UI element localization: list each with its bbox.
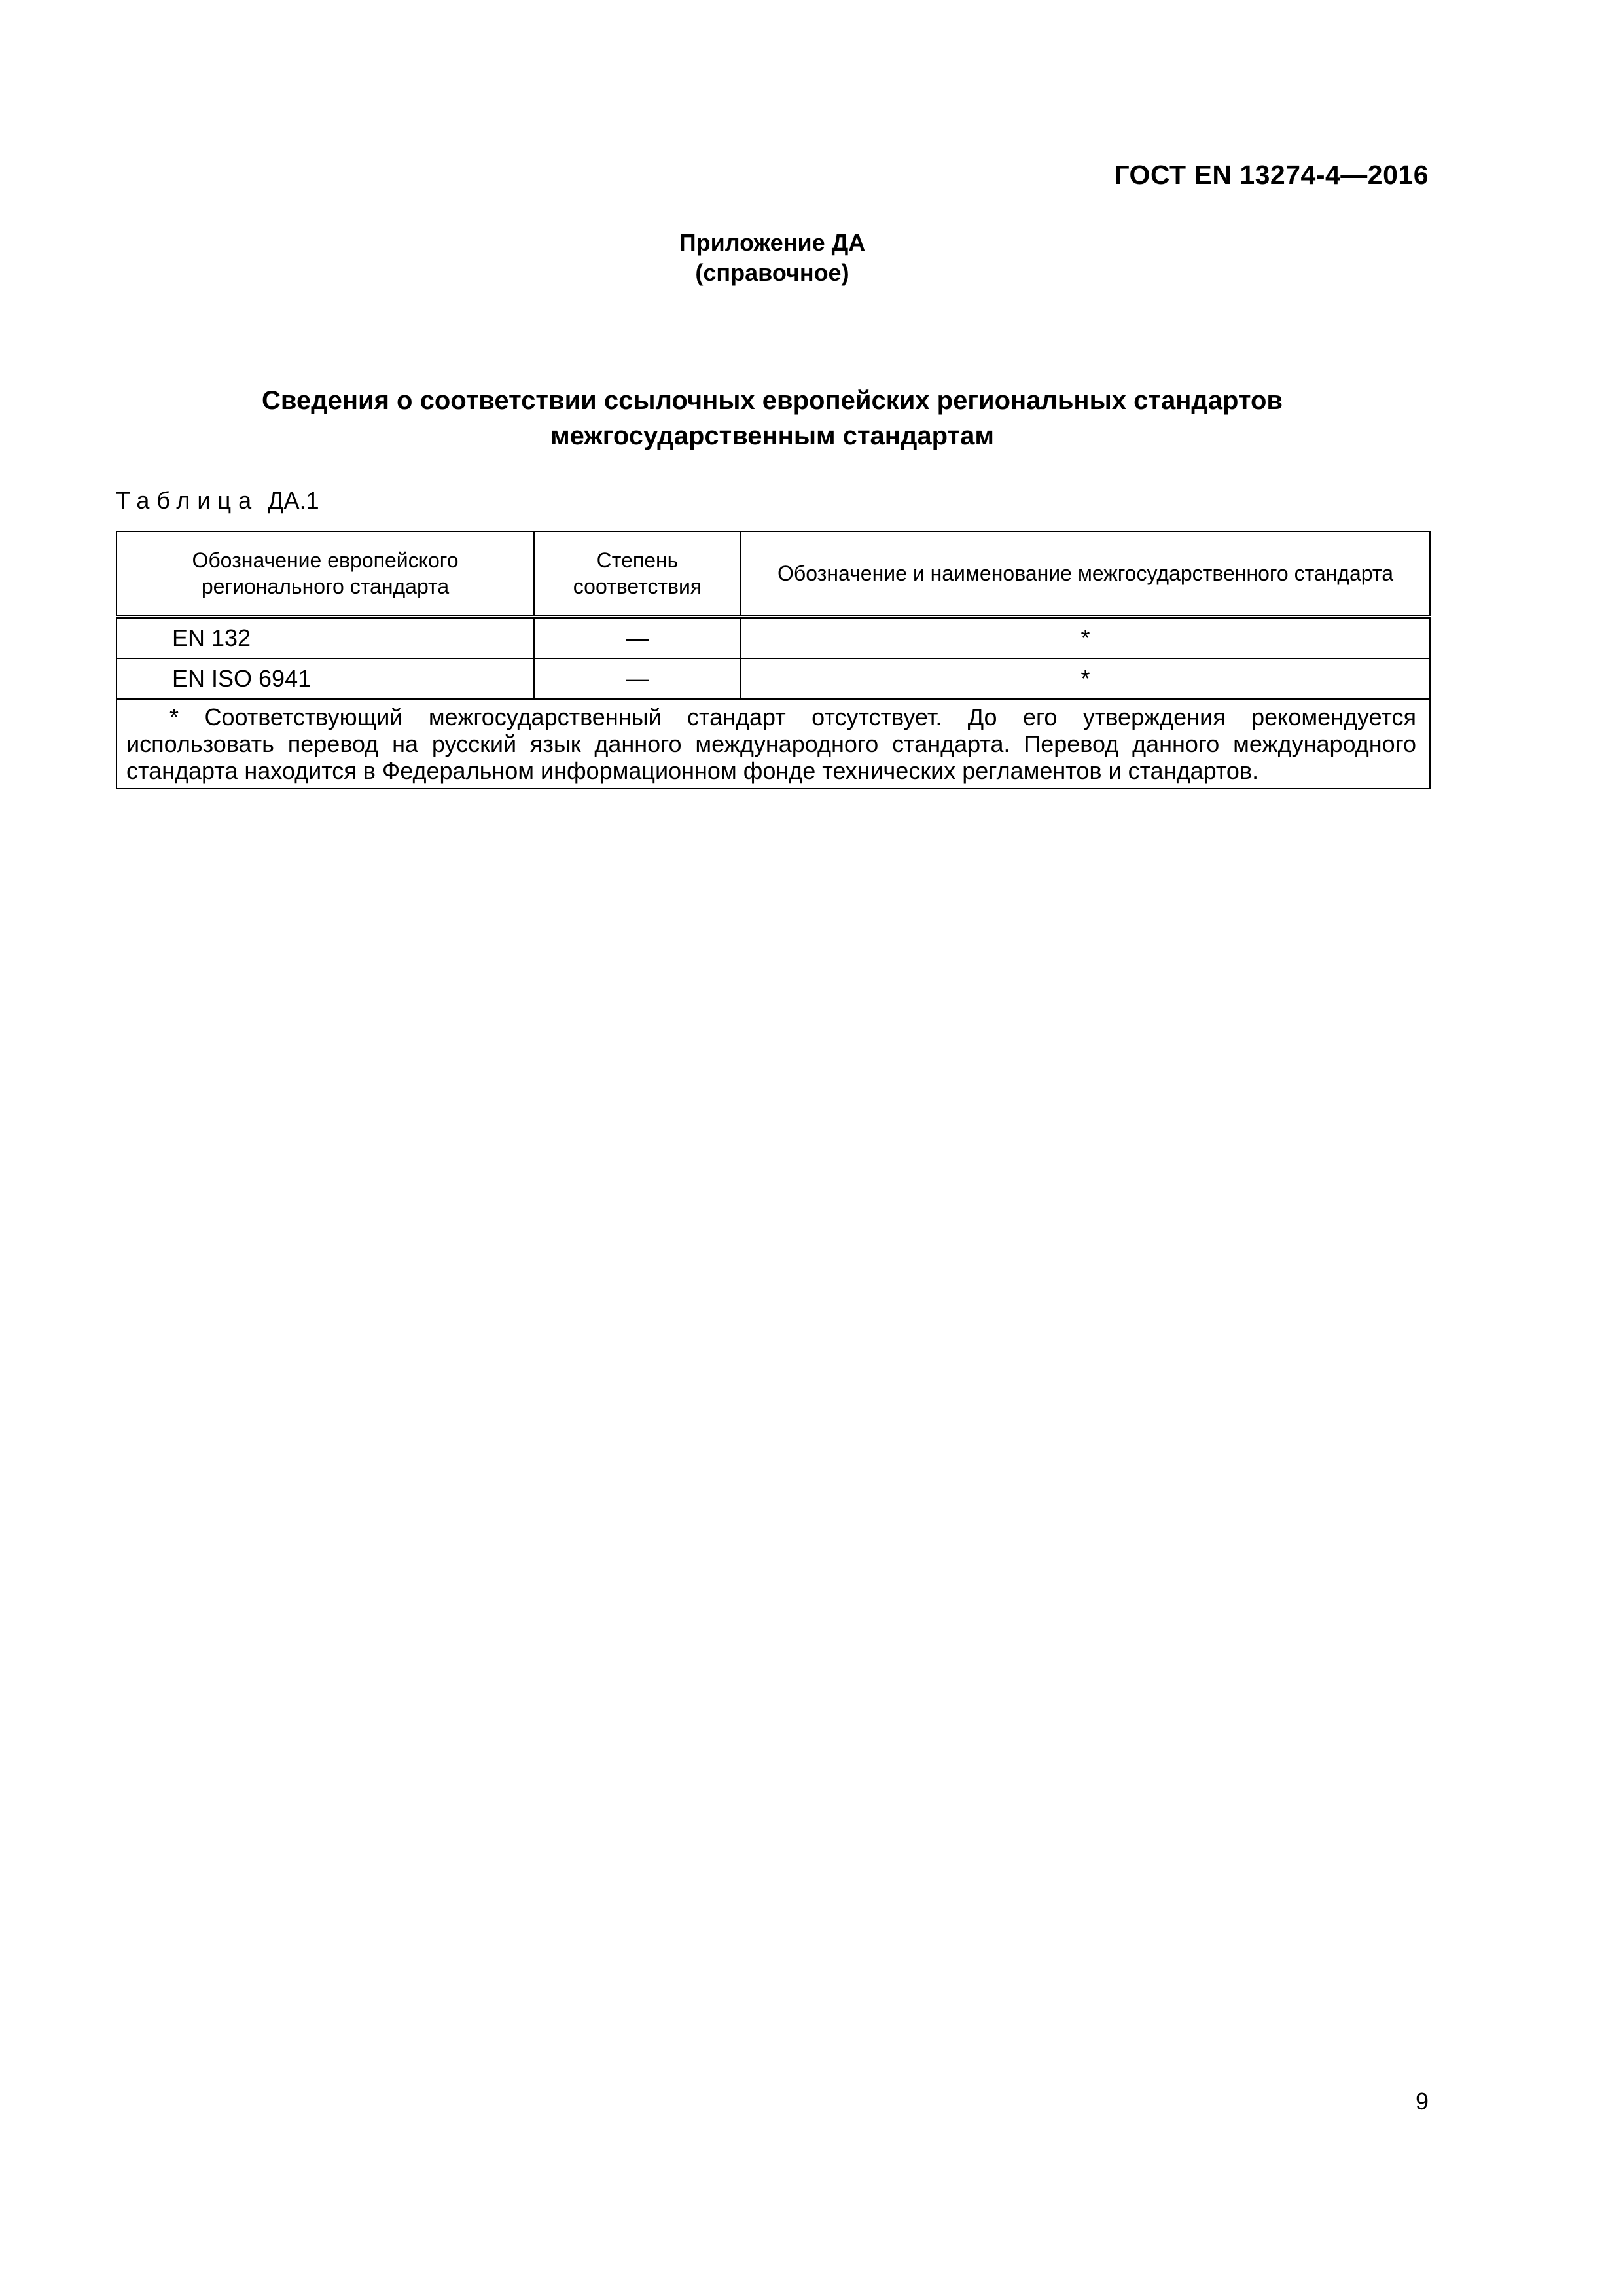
footnote-text: * Соответствующий межгосударственный ста… bbox=[126, 704, 1416, 784]
header-line: Степень bbox=[535, 547, 740, 573]
annex-kind: (справочное) bbox=[0, 258, 1544, 288]
column-header-european-standard: Обозначение европейского регионального с… bbox=[116, 531, 534, 617]
table-footnote-row: * Соответствующий межгосударственный ста… bbox=[116, 699, 1430, 789]
header-line: Обозначение европейского bbox=[117, 547, 533, 573]
cell-interstate-standard: * bbox=[741, 617, 1430, 658]
annex-title: Приложение ДА bbox=[0, 228, 1544, 258]
table-label-word: Таблица bbox=[116, 487, 259, 514]
cell-european-standard: EN ISO 6941 bbox=[116, 658, 534, 699]
correspondence-table: Обозначение европейского регионального с… bbox=[116, 531, 1431, 789]
header-line: регионального стандарта bbox=[117, 573, 533, 600]
page-number: 9 bbox=[1416, 2088, 1429, 2115]
column-header-interstate-standard: Обозначение и наименование межгосударств… bbox=[741, 531, 1430, 617]
header-line: Обозначение и наименование межгосударств… bbox=[741, 560, 1429, 586]
table-label: Таблица ДА.1 bbox=[116, 487, 319, 514]
column-header-degree: Степень соответствия bbox=[534, 531, 741, 617]
table-row: EN 132 — * bbox=[116, 617, 1430, 658]
section-title: Сведения о соответствии ссылочных европе… bbox=[0, 383, 1544, 454]
table-label-number: ДА.1 bbox=[268, 487, 319, 514]
document-code: ГОСТ EN 13274-4—2016 bbox=[1114, 160, 1429, 190]
header-line: соответствия bbox=[535, 573, 740, 600]
table-header-row: Обозначение европейского регионального с… bbox=[116, 531, 1430, 617]
section-title-line-2: межгосударственным стандартам bbox=[0, 418, 1544, 454]
table-row: EN ISO 6941 — * bbox=[116, 658, 1430, 699]
cell-degree: — bbox=[534, 617, 741, 658]
section-title-line-1: Сведения о соответствии ссылочных европе… bbox=[0, 383, 1544, 418]
cell-degree: — bbox=[534, 658, 741, 699]
table-footnote: * Соответствующий межгосударственный ста… bbox=[116, 699, 1430, 789]
annex-heading: Приложение ДА (справочное) bbox=[0, 228, 1544, 288]
cell-european-standard: EN 132 bbox=[116, 617, 534, 658]
cell-interstate-standard: * bbox=[741, 658, 1430, 699]
